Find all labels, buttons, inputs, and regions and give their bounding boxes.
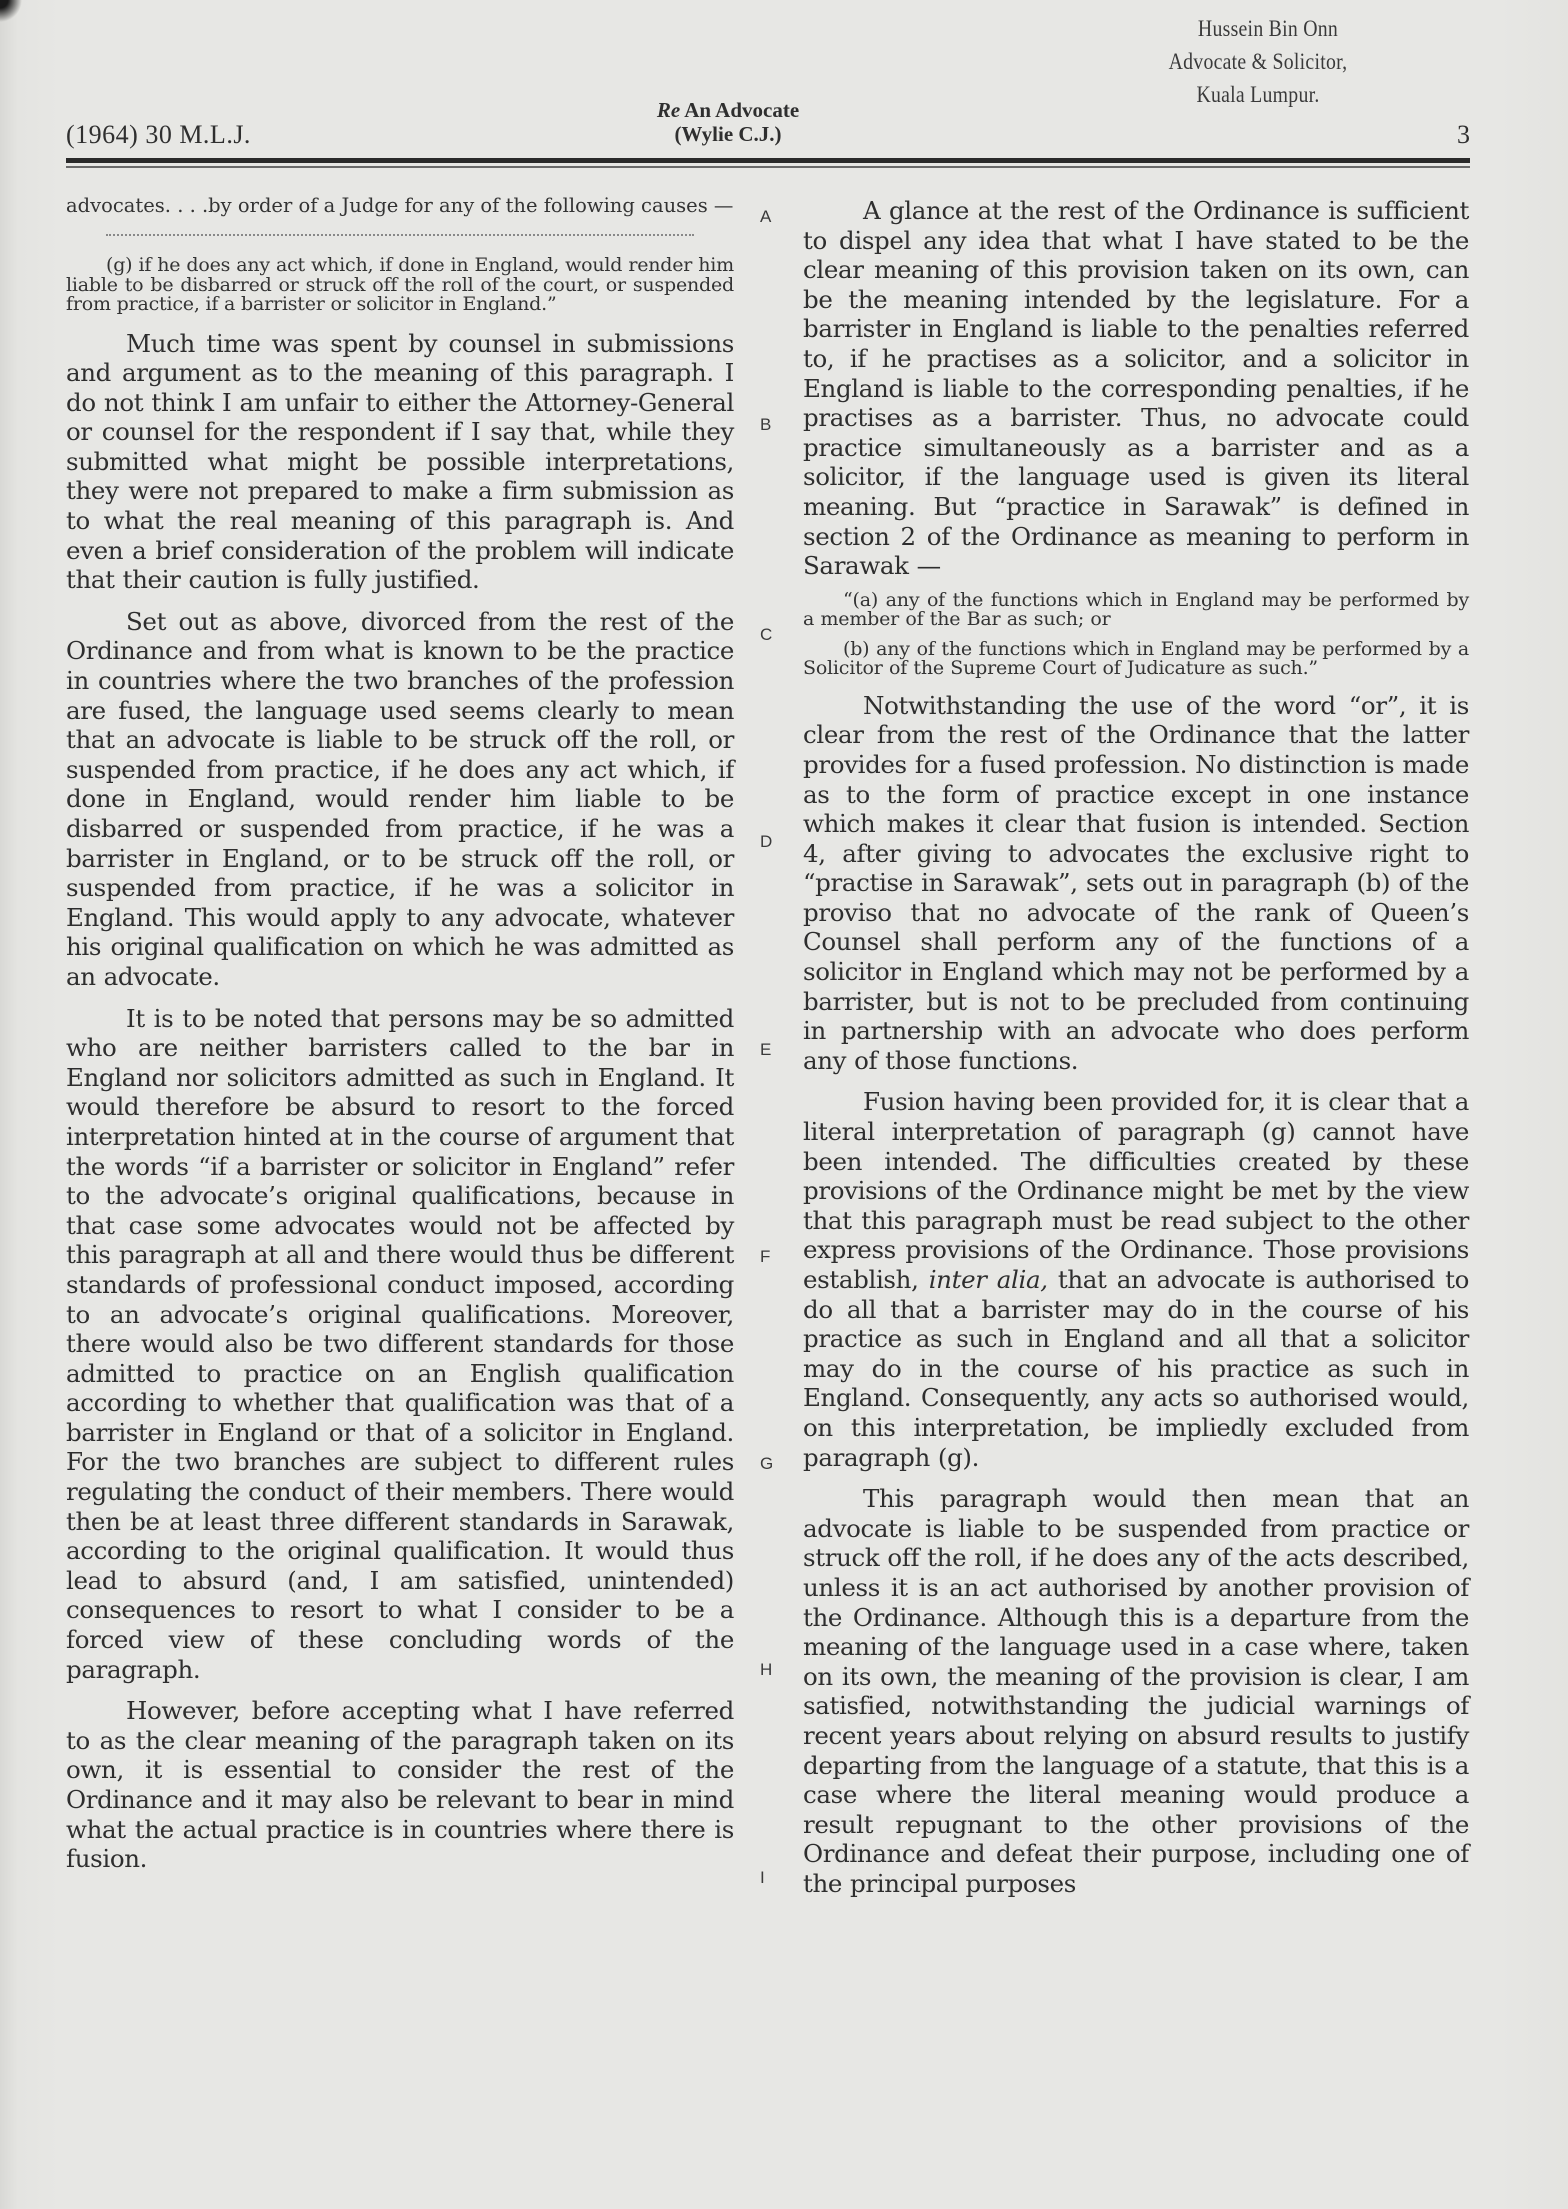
paragraph: However, before accepting what I have re… [66, 1696, 734, 1874]
page: Hussein Bin Onn Advocate & Solicitor, Ku… [0, 0, 1568, 2209]
definition-quote-b: (b) any of the functions which in Englan… [803, 640, 1469, 679]
margin-letter-h: H [760, 1660, 772, 1680]
left-body: Much time was spent by counsel in submis… [66, 329, 734, 1874]
running-header: (1964) 30 M.L.J. Re An Advocate (Wylie C… [66, 110, 1470, 155]
margin-letter-d: D [760, 832, 772, 852]
right-body: A glance at the rest of the Ordinance is… [803, 196, 1469, 1898]
paragraph-text: Fusion having been provided for, it is c… [803, 1087, 1469, 1294]
page-number: 3 [1457, 120, 1470, 150]
margin-letter-i: I [760, 1868, 765, 1888]
case-title: Re An Advocate [0, 98, 1470, 122]
judge-name: (Wylie C.J.) [0, 122, 1470, 146]
stamp-line-title: Advocate & Solicitor, [1129, 45, 1387, 78]
paragraph: Fusion having been provided for, it is c… [803, 1087, 1469, 1472]
stamp-line-name: Hussein Bin Onn [1148, 12, 1389, 45]
paragraph: It is to be noted that persons may be so… [66, 1004, 734, 1685]
margin-letter-g: G [760, 1454, 773, 1474]
statute-quote-g: (g) if he does any act which, if done in… [66, 256, 734, 315]
margin-letter-f: F [760, 1247, 770, 1267]
margin-letter-b: B [760, 415, 771, 435]
paragraph-text: that an advocate is authorised to do all… [803, 1265, 1469, 1472]
definition-quote-a: “(a) any of the functions which in Engla… [803, 591, 1469, 630]
case-heading: Re An Advocate (Wylie C.J.) [66, 98, 1470, 146]
paragraph: This paragraph would then mean that an a… [803, 1484, 1469, 1898]
latin-phrase: inter alia, [929, 1265, 1048, 1294]
case-prefix: Re [657, 98, 680, 122]
paragraph: Set out as above, divorced from the rest… [66, 607, 734, 992]
owner-stamp: Hussein Bin Onn Advocate & Solicitor, Ku… [1108, 12, 1408, 111]
omission-dotted-line [106, 234, 694, 240]
header-rule-thick [66, 158, 1470, 163]
left-column: advocates. . . .by order of a Judge for … [66, 196, 734, 1874]
paragraph: A glance at the rest of the Ordinance is… [803, 196, 1469, 581]
paragraph: Notwithstanding the use of the word “or”… [803, 691, 1469, 1076]
scan-corner-shadow [0, 0, 30, 30]
paragraph: Much time was spent by counsel in submis… [66, 329, 734, 595]
margin-letter-e: E [760, 1040, 771, 1060]
statute-quote-intro: advocates. . . .by order of a Judge for … [66, 196, 734, 216]
margin-letter-c: C [760, 625, 772, 645]
margin-letter-a: A [760, 207, 771, 227]
case-title-text: An Advocate [684, 98, 799, 122]
header-rule-thin [66, 166, 1470, 168]
right-column: A glance at the rest of the Ordinance is… [803, 196, 1469, 1898]
